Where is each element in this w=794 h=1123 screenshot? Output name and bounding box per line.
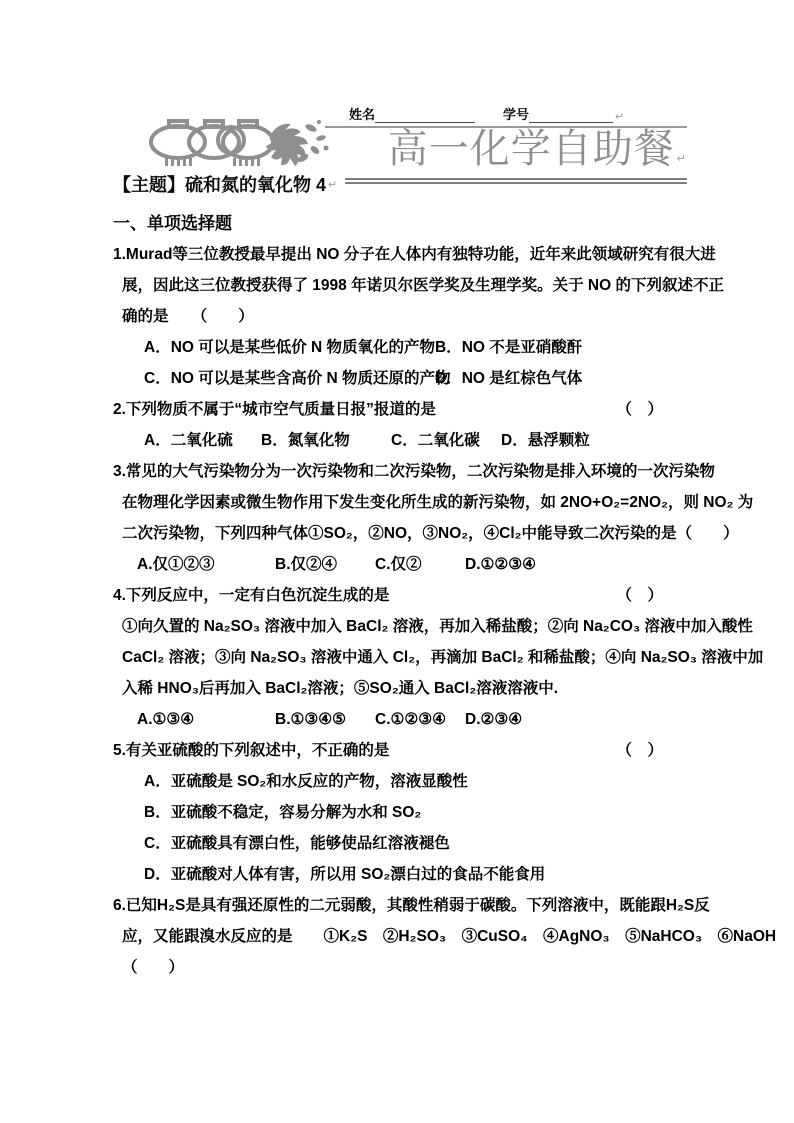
- question-4: 4.下列反应中，一定有白色沉淀生成的是 （ ） ①向久置的 Na₂SO₃ 溶液中…: [113, 580, 687, 735]
- option-c: C．二氧化碳: [391, 425, 480, 456]
- option-a: A.①③④: [137, 704, 194, 735]
- option-d: D.①②③④: [465, 549, 536, 580]
- question-2: 2.下列物质不属于“城市空气质量日报”报道的是 （ ） A．二氧化硫 B．氮氧化…: [113, 394, 687, 456]
- answer-bracket: （ ）: [616, 394, 687, 425]
- option-a: A.仅①②③: [137, 549, 215, 580]
- header-right: 姓名学号↵ 高一化学自助餐↵: [325, 108, 687, 180]
- id-label: 学号: [503, 104, 529, 123]
- answer-bracket: （ ）: [616, 580, 687, 611]
- option-c: C.①②③④: [375, 704, 446, 735]
- question-4-stem-line: ①向久置的 Na₂SO₃ 溶液中加入 BaCl₂ 溶液，再加入稀盐酸；②向 Na…: [113, 611, 687, 642]
- option-a: A．亚硫酸是 SO₂和水反应的产物，溶液显酸性: [113, 766, 687, 797]
- worksheet-header: 姓名学号↵ 高一化学自助餐↵: [113, 108, 687, 168]
- option-c: C．亚硫酸具有漂白性，能够使品红溶液褪色: [113, 828, 687, 859]
- lanterns-logo-svg: [143, 114, 333, 170]
- question-1: 1.Murad等三位教授最早提出 NO 分子在人体内有独特功能，近年来此领域研究…: [113, 239, 687, 394]
- question-6-stem-line: 6.已知H₂S是具有强还原性的二元弱酸，其酸性稍弱于碳酸。下列溶液中，既能跟H₂…: [113, 890, 687, 921]
- answer-bracket: （ ）: [677, 518, 763, 549]
- option-d: D．NO 是红棕色气体: [435, 363, 582, 394]
- question-3-options-row: A.仅①②③ B.仅②④ C.仅② D.①②③④: [113, 549, 687, 580]
- id-blank-line: [529, 110, 613, 123]
- paragraph-mark: ↵: [615, 110, 624, 123]
- option-b: B.①③④⑤: [275, 704, 346, 735]
- question-3-stem-text: 二次污染物，下列四种气体①SO₂，②NO，③NO₂，④Cl₂中能导致二次污染的是: [122, 518, 677, 549]
- question-1-options-row: C．NO 可以是某些含高价 N 物质还原的产物 D．NO 是红棕色气体: [113, 363, 687, 394]
- lanterns-fireworks-icon: [143, 114, 333, 170]
- option-c: C．NO 可以是某些含高价 N 物质还原的产物: [144, 363, 451, 394]
- question-2-stem-line: 2.下列物质不属于“城市空气质量日报”报道的是 （ ）: [113, 394, 687, 425]
- paragraph-mark: ↵: [677, 153, 687, 165]
- section-heading: 一、单项选择题: [113, 208, 687, 239]
- question-4-stem-line: 4.下列反应中，一定有白色沉淀生成的是 （ ）: [113, 580, 687, 611]
- question-1-options-row: A．NO 可以是某些低价 N 物质氧化的产物 B．NO 不是亚硝酸酐: [113, 332, 687, 363]
- name-label: 姓名: [349, 104, 375, 123]
- question-3-stem-line: 3.常见的大气污染物分为一次污染物和二次污染物，二次污染物是排入环境的一次污染物: [113, 456, 687, 487]
- question-6: 6.已知H₂S是具有强还原性的二元弱酸，其酸性稍弱于碳酸。下列溶液中，既能跟H₂…: [113, 890, 687, 983]
- question-4-options-row: A.①③④ B.①③④⑤ C.①②③④ D.②③④: [113, 704, 687, 735]
- option-b: B．NO 不是亚硝酸酐: [435, 332, 582, 363]
- option-b: B．亚硫酸不稳定，容易分解为水和 SO₂: [113, 797, 687, 828]
- option-d: D．悬浮颗粒: [501, 425, 590, 456]
- option-a: A．二氧化硫: [144, 425, 233, 456]
- option-b: B.仅②④: [275, 549, 337, 580]
- worksheet-content: 姓名学号↵ 高一化学自助餐↵ 【主题】硫和氮的氧化物 4↵ 一、单项选择题 1.…: [113, 108, 687, 983]
- topic-label: 【主题】硫和氮的氧化物 4: [113, 171, 326, 197]
- option-a: A．NO 可以是某些低价 N 物质氧化的产物: [144, 332, 435, 363]
- question-1-stem-line: 展，因此这三位教授获得了 1998 年诺贝尔医学奖及生理学奖。关于 NO 的下列…: [113, 270, 687, 301]
- question-2-stem-text: 2.下列物质不属于“城市空气质量日报”报道的是: [113, 394, 436, 425]
- answer-bracket: （ ）: [113, 952, 687, 983]
- name-blank-line: [375, 110, 475, 123]
- question-3-stem-line: 在物理化学因素或微生物作用下发生变化所生成的新污染物，如 2NO+O₂=2NO₂…: [113, 487, 687, 518]
- question-5-stem-line: 5.有关亚硫酸的下列叙述中，不正确的是 （ ）: [113, 735, 687, 766]
- question-3-stem-line: 二次污染物，下列四种气体①SO₂，②NO，③NO₂，④Cl₂中能导致二次污染的是…: [113, 518, 687, 549]
- answer-bracket: （ ）: [616, 735, 687, 766]
- question-4-stem-line: 入稀 HNO₃后再加入 BaCl₂溶液；⑤SO₂通入 BaCl₂溶液溶液中.: [113, 673, 687, 704]
- option-c: C.仅②: [375, 549, 422, 580]
- question-1-stem-line: 确的是 （ ）: [113, 301, 687, 332]
- question-4-stem-line: CaCl₂ 溶液；③向 Na₂SO₃ 溶液中通入 Cl₂，再滴加 BaCl₂ 和…: [113, 642, 687, 673]
- name-id-row: 姓名学号↵: [325, 108, 687, 128]
- question-6-stem-line: 应，又能跟溴水反应的是 ①K₂S ②H₂SO₃ ③CuSO₄ ④AgNO₃ ⑤N…: [113, 921, 687, 952]
- option-d: D．亚硫酸对人体有害，所以用 SO₂漂白过的食品不能食用: [113, 859, 687, 890]
- option-b: B．氮氧化物: [261, 425, 350, 456]
- question-4-stem-text: 4.下列反应中，一定有白色沉淀生成的是: [113, 580, 389, 611]
- question-5-stem-text: 5.有关亚硫酸的下列叙述中，不正确的是: [113, 735, 389, 766]
- question-1-stem-line: 1.Murad等三位教授最早提出 NO 分子在人体内有独特功能，近年来此领域研究…: [113, 239, 687, 270]
- worksheet-page: 姓名学号↵ 高一化学自助餐↵ 【主题】硫和氮的氧化物 4↵ 一、单项选择题 1.…: [0, 0, 794, 1123]
- question-3: 3.常见的大气污染物分为一次污染物和二次污染物，二次污染物是排入环境的一次污染物…: [113, 456, 687, 580]
- worksheet-title: 高一化学自助餐↵: [325, 128, 687, 180]
- question-2-options-row: A．二氧化硫 B．氮氧化物 C．二氧化碳 D．悬浮颗粒: [113, 425, 687, 456]
- option-d: D.②③④: [465, 704, 522, 735]
- question-5: 5.有关亚硫酸的下列叙述中，不正确的是 （ ） A．亚硫酸是 SO₂和水反应的产…: [113, 735, 687, 890]
